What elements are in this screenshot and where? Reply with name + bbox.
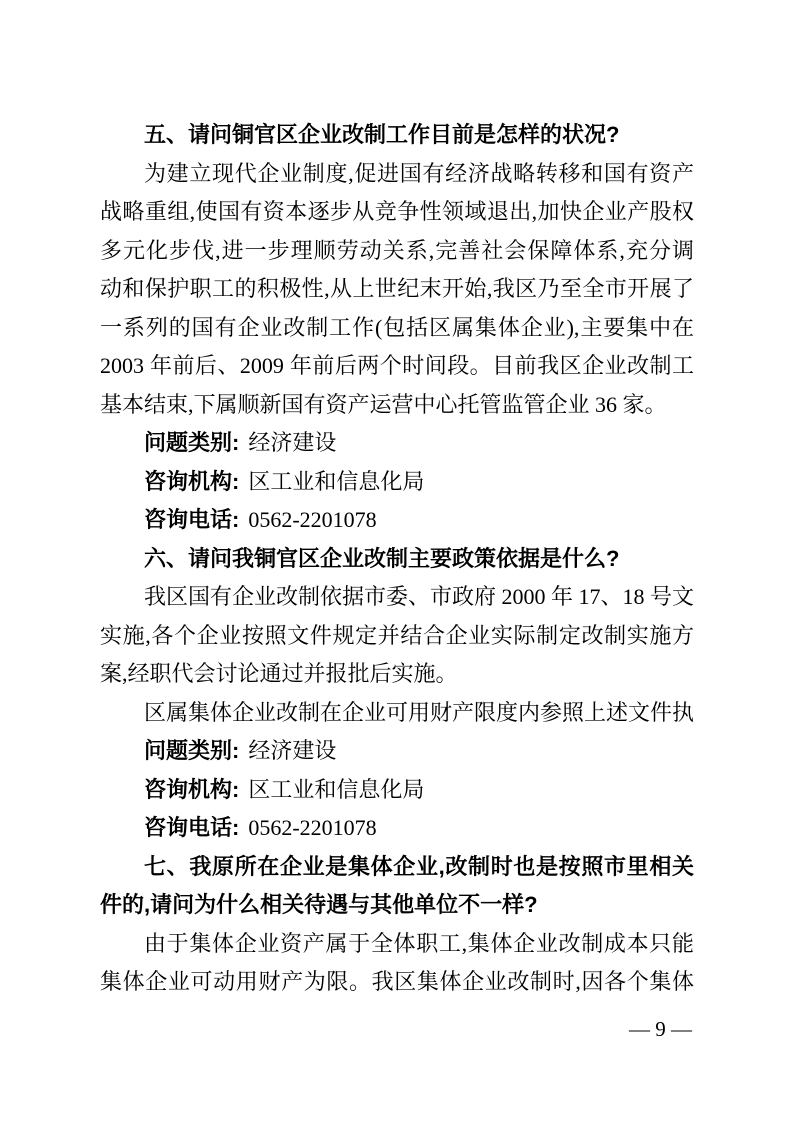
agency-value: 区工业和信息化局 — [248, 469, 424, 494]
q6-answer-line: 实施,各个企业按照文件规定并结合企业实际制定改制实施方 — [100, 617, 694, 656]
q5-answer-line: 动和保护职工的积极性,从上世纪末开始,我区乃至全市开展了 — [100, 270, 694, 309]
page-number: — 9 — — [100, 1010, 694, 1049]
agency-label: 咨询机构: — [144, 469, 239, 494]
phone-value: 0562-2201078 — [248, 507, 376, 532]
q5-answer-line: 2003 年前后、2009 年前后两个时间段。目前我区企业改制工作 — [100, 347, 694, 386]
document-page: 五、请问铜官区企业改制工作目前是怎样的状况? 为建立现代企业制度,促进国有经济战… — [0, 0, 793, 1122]
q5-meta-agency: 咨询机构:区工业和信息化局 — [100, 463, 694, 502]
phone-label: 咨询电话: — [144, 507, 239, 532]
q5-meta-category: 问题类别:经济建设 — [100, 424, 694, 463]
q7-answer-line: 由于集体企业资产属于全体职工,集体企业改制成本只能以 — [100, 925, 694, 964]
q5-heading: 五、请问铜官区企业改制工作目前是怎样的状况? — [100, 116, 694, 155]
agency-value: 区工业和信息化局 — [248, 777, 424, 802]
q5-meta-phone: 咨询电话:0562-2201078 — [100, 501, 694, 540]
q6-heading: 六、请问我铜官区企业改制主要政策依据是什么? — [100, 540, 694, 579]
q7-heading-line: 件的,请问为什么相关待遇与其他单位不一样? — [100, 886, 694, 925]
q6-answer-line: 我区国有企业改制依据市委、市政府 2000 年 17、18 号文件 — [100, 578, 694, 617]
category-label: 问题类别: — [144, 738, 239, 763]
q6-answer-line: 区属集体企业改制在企业可用财产限度内参照上述文件执行。 — [100, 694, 694, 733]
document-content: 五、请问铜官区企业改制工作目前是怎样的状况? 为建立现代企业制度,促进国有经济战… — [100, 116, 694, 1048]
phone-label: 咨询电话: — [144, 815, 239, 840]
q6-meta-agency: 咨询机构:区工业和信息化局 — [100, 771, 694, 810]
q5-answer-line: 战略重组,使国有资本逐步从竞争性领域退出,加快企业产股权 — [100, 193, 694, 232]
q6-meta-phone: 咨询电话:0562-2201078 — [100, 809, 694, 848]
category-label: 问题类别: — [144, 430, 239, 455]
q5-answer-line: 基本结束,下属顺新国有资产运营中心托管监管企业 36 家。 — [100, 386, 694, 425]
category-value: 经济建设 — [248, 430, 336, 455]
agency-label: 咨询机构: — [144, 777, 239, 802]
q5-answer-line: 一系列的国有企业改制工作(包括区属集体企业),主要集中在 — [100, 309, 694, 348]
q7-heading-line: 七、我原所在企业是集体企业,改制时也是按照市里相关文 — [100, 848, 694, 887]
q5-answer-line: 为建立现代企业制度,促进国有经济战略转移和国有资产的 — [100, 155, 694, 194]
q7-answer-line: 集体企业可动用财产为限。我区集体企业改制时,因各个集体企 — [100, 963, 694, 1002]
q5-answer-line: 多元化步伐,进一步理顺劳动关系,完善社会保障体系,充分调 — [100, 232, 694, 271]
category-value: 经济建设 — [248, 738, 336, 763]
q6-answer-line: 案,经职代会讨论通过并报批后实施。 — [100, 655, 694, 694]
phone-value: 0562-2201078 — [248, 815, 376, 840]
q6-meta-category: 问题类别:经济建设 — [100, 732, 694, 771]
